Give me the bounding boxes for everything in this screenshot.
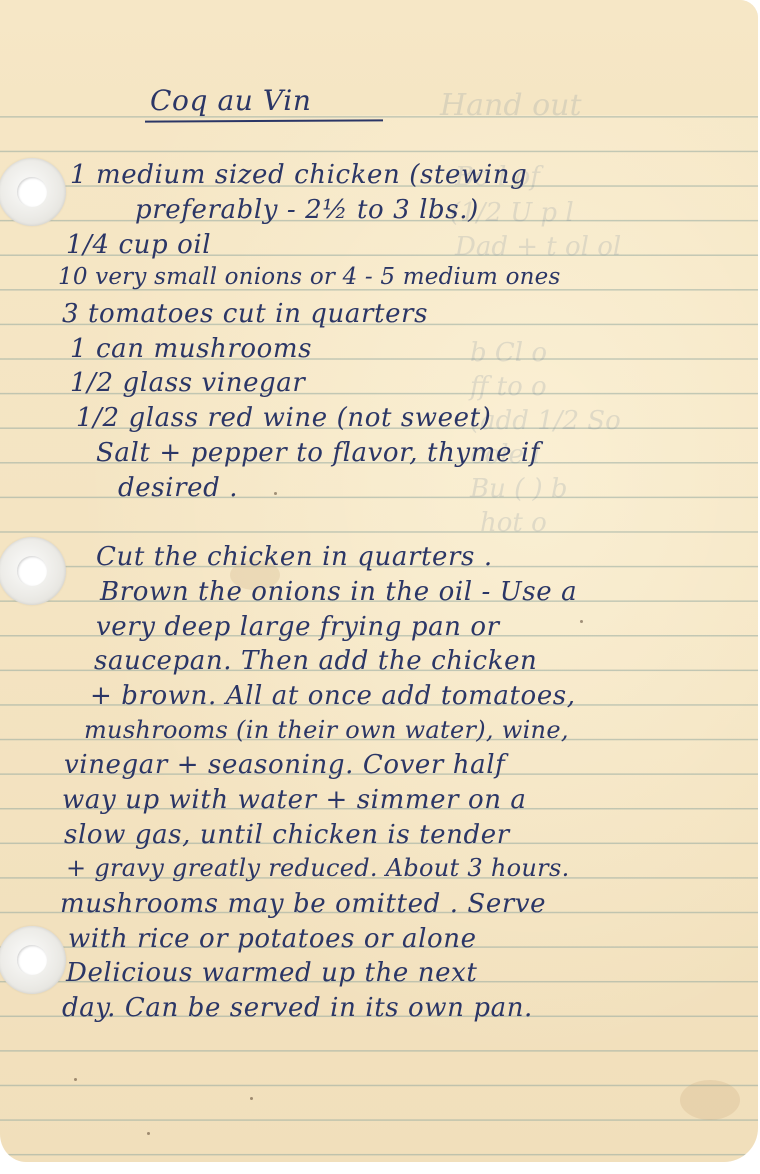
- show-through-text: (add 1/2 So: [470, 406, 621, 436]
- paper-speck: [147, 1132, 150, 1135]
- paper-stain: [680, 1080, 740, 1120]
- ingredient-line: 1/2 glass red wine (not sweet): [76, 403, 491, 433]
- ingredient-line: 3 tomatoes cut in quarters: [62, 299, 428, 329]
- binder-hole-middle: [0, 537, 66, 605]
- show-through-text: Hand out: [440, 88, 582, 123]
- binder-hole-bottom: [0, 926, 66, 994]
- paper-speck: [250, 1097, 253, 1100]
- direction-line: slow gas, until chicken is tender: [64, 820, 510, 850]
- binder-hole-top: [0, 158, 66, 226]
- direction-line: vinegar + seasoning. Cover half: [64, 750, 505, 780]
- direction-line: Cut the chicken in quarters .: [96, 542, 493, 572]
- direction-line: way up with water + simmer on a: [62, 785, 527, 815]
- ingredient-line: preferably - 2½ to 3 lbs.): [135, 195, 479, 225]
- recipe-title: Coq au Vin: [150, 84, 311, 117]
- show-through-text: Bu ( ) b: [470, 474, 568, 504]
- direction-line: + brown. All at once add tomatoes,: [90, 681, 576, 711]
- direction-line: mushrooms may be omitted . Serve: [60, 889, 546, 919]
- recipe-card: Hand out Bo l of (1/2 U p l Dad + t ol o…: [0, 0, 758, 1162]
- direction-line: Brown the onions in the oil - Use a: [100, 577, 577, 607]
- direction-line: + gravy greatly reduced. About 3 hours.: [66, 854, 570, 882]
- card-header-margin: [0, 0, 758, 115]
- paper-speck: [580, 620, 583, 623]
- ingredient-line: 1 can mushrooms: [70, 334, 312, 364]
- direction-line: with rice or potatoes or alone: [68, 924, 477, 954]
- ingredient-line: 1/4 cup oil: [66, 230, 211, 260]
- direction-line: Delicious warmed up the next: [66, 958, 477, 988]
- direction-line: mushrooms (in their own water), wine,: [84, 716, 569, 744]
- ingredient-line: Salt + pepper to flavor, thyme if: [96, 438, 540, 468]
- ingredient-line: 1 medium sized chicken (stewing: [70, 160, 527, 190]
- paper-speck: [274, 492, 277, 495]
- show-through-text: Dad + t ol ol: [455, 232, 621, 262]
- paper-speck: [74, 1078, 77, 1081]
- direction-line: saucepan. Then add the chicken: [94, 646, 537, 676]
- direction-line: very deep large frying pan or: [96, 612, 500, 642]
- direction-line: day. Can be served in its own pan.: [62, 993, 533, 1023]
- show-through-text: hot o: [480, 508, 547, 538]
- ingredient-line: desired .: [118, 473, 238, 503]
- show-through-text: ff to o: [470, 372, 547, 402]
- show-through-text: b Cl o: [470, 338, 547, 368]
- ingredient-line: 10 very small onions or 4 - 5 medium one…: [58, 264, 560, 290]
- ingredient-line: 1/2 glass vinegar: [70, 368, 305, 398]
